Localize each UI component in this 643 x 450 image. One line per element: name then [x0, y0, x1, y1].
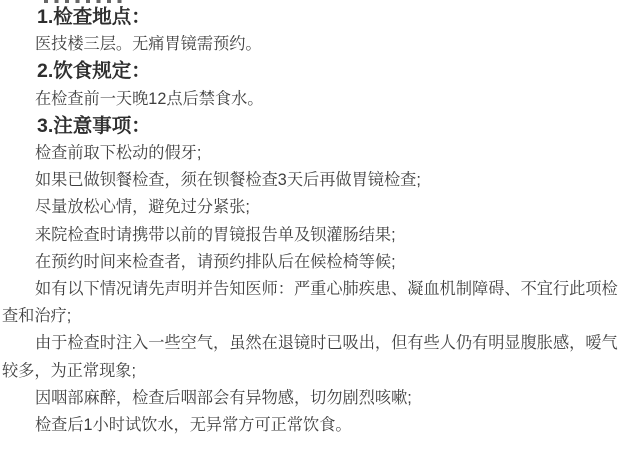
text-line: 检查前取下松动的假牙;	[35, 144, 201, 162]
text-line: 尽量放松心情，避免过分紧张;	[35, 198, 250, 216]
text-line: 检查后1小时试饮水，无异常方可正常饮食。	[35, 416, 352, 434]
text-line: 3.注意事项：	[37, 115, 151, 137]
paragraph: 检查前取下松动的假牙;	[2, 140, 641, 167]
text-line: 如果已做钡餐检查，须在钡餐检查3天后再做胃镜检查;	[35, 171, 421, 189]
text-line: 查和治疗;	[2, 307, 71, 325]
text-line: 由于检查时注入一些空气，虽然在退镜时已吸出，但有些人仍有明显腹胀感，嗳气	[35, 334, 618, 352]
text-line: 在检查前一天晚12点后禁食水。	[35, 90, 263, 108]
paragraph: 如有以下情况请先声明并告知医师：严重心肺疾患、凝血机制障碍、不宜行此项检查和治疗…	[2, 276, 641, 330]
paragraph: 在检查前一天晚12点后禁食水。	[2, 86, 641, 113]
paragraph: 医技楼三层。无痛胃镜需预约。	[2, 31, 641, 58]
paragraph: 因咽部麻醉，检查后咽部会有异物感，切勿剧烈咳嗽;	[2, 385, 641, 412]
text-line: 2.饮食规定：	[37, 60, 151, 82]
text-line: 因咽部麻醉，检查后咽部会有异物感，切勿剧烈咳嗽;	[35, 389, 412, 407]
section-heading: 1.检查地点：	[2, 4, 641, 31]
text-line: 如有以下情况请先声明并告知医师：严重心肺疾患、凝血机制障碍、不宜行此项检	[35, 280, 618, 298]
paragraph: 由于检查时注入一些空气，虽然在退镜时已吸出，但有些人仍有明显腹胀感，嗳气较多，为…	[2, 330, 641, 384]
text-line: 较多，为正常现象;	[2, 362, 136, 380]
paragraph: 来院检查时请携带以前的胃镜报告单及钡灌肠结果;	[2, 222, 641, 249]
paragraph: 尽量放松心情，避免过分紧张;	[2, 194, 641, 221]
exam-instructions-document: 1.检查地点：医技楼三层。无痛胃镜需预约。2.饮食规定：在检查前一天晚12点后禁…	[0, 0, 643, 439]
text-line: 1.检查地点：	[37, 6, 151, 28]
section-heading: 3.注意事项：	[2, 113, 641, 140]
paragraph: 检查后1小时试饮水，无异常方可正常饮食。	[2, 412, 641, 439]
text-line: 医技楼三层。无痛胃镜需预约。	[35, 35, 262, 53]
paragraph: 如果已做钡餐检查，须在钡餐检查3天后再做胃镜检查;	[2, 167, 641, 194]
section-heading: 2.饮食规定：	[2, 58, 641, 85]
text-line: 在预约时间来检查者，请预约排队后在候检椅等候;	[35, 253, 396, 271]
text-line: 来院检查时请携带以前的胃镜报告单及钡灌肠结果;	[35, 226, 396, 244]
paragraph: 在预约时间来检查者，请预约排队后在候检椅等候;	[2, 249, 641, 276]
document-page: 1.检查地点：医技楼三层。无痛胃镜需预约。2.饮食规定：在检查前一天晚12点后禁…	[0, 0, 643, 450]
